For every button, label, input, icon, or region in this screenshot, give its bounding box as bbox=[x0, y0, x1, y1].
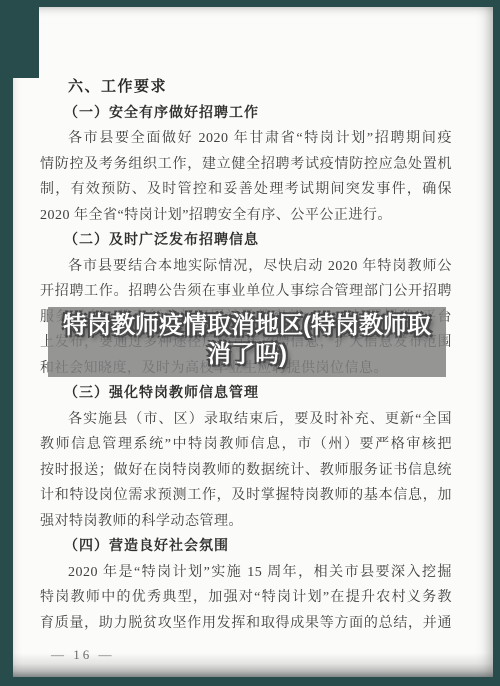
text-line: 按时报送；做好在岗特岗教师的数据统计、教师服务证书信息统 bbox=[40, 458, 452, 484]
caption-title-line-1: 特岗教师疫情取消地区(特岗教师取 bbox=[63, 312, 431, 339]
text-line: 计和特设岗位需求预测工作，及时掌握特岗教师的基本信息，加 bbox=[40, 483, 452, 509]
text-line: 情防控及考务组织工作，建立健全招聘考试疫情防控应急处置机 bbox=[40, 152, 452, 178]
page-number: — 16 — bbox=[51, 647, 115, 663]
text-line: 特岗教师中的优秀典型，加强对“特岗计划”在提升农村义务教 bbox=[40, 585, 452, 611]
text-line: 强对特岗教师的科学动态管理。 bbox=[40, 509, 452, 535]
caption-overlay: 特岗教师疫情取消地区(特岗教师取 消了吗) bbox=[48, 307, 446, 377]
text-line: 教师信息管理系统”中特岗教师信息，市（州）要严格审核把关， bbox=[40, 432, 452, 458]
text-line: （三）强化特岗教师信息管理 bbox=[40, 381, 452, 407]
text-line: （一）安全有序做好招聘工作 bbox=[40, 101, 452, 127]
text-line: 2020 年是“特岗计划”实施 15 周年，相关市县要深入挖掘 bbox=[40, 560, 452, 586]
screenshot-canvas: 六、工作要求（一）安全有序做好招聘工作各市县要全面做好 2020 年甘肃省“特岗… bbox=[0, 0, 500, 686]
text-line: （二）及时广泛发布招聘信息 bbox=[40, 228, 452, 254]
text-line: 开招聘工作。招聘公告须在事业单位人事综合管理部门公开招聘 bbox=[40, 279, 452, 305]
text-line: 各市县要结合本地实际情况，尽快启动 2020 年特岗教师公 bbox=[40, 254, 452, 280]
text-line: 各实施县（市、区）录取结束后，要及时补充、更新“全国 bbox=[40, 407, 452, 433]
text-line: （四）营造良好社会氛围 bbox=[40, 534, 452, 560]
text-line: 六、工作要求 bbox=[40, 75, 452, 101]
text-line: 育质量，助力脱贫攻坚作用发挥和取得成果等方面的总结，并通 bbox=[40, 611, 452, 637]
text-line: 2020 年全省“特岗计划”招聘安全有序、公平公正进行。 bbox=[40, 203, 452, 229]
text-line: 制，有效预防、及时管控和妥善处理考试期间突发事件，确保 bbox=[40, 177, 452, 203]
text-line: 各市县要全面做好 2020 年甘肃省“特岗计划”招聘期间疫 bbox=[40, 126, 452, 152]
caption-title-line-2: 消了吗) bbox=[207, 341, 287, 368]
